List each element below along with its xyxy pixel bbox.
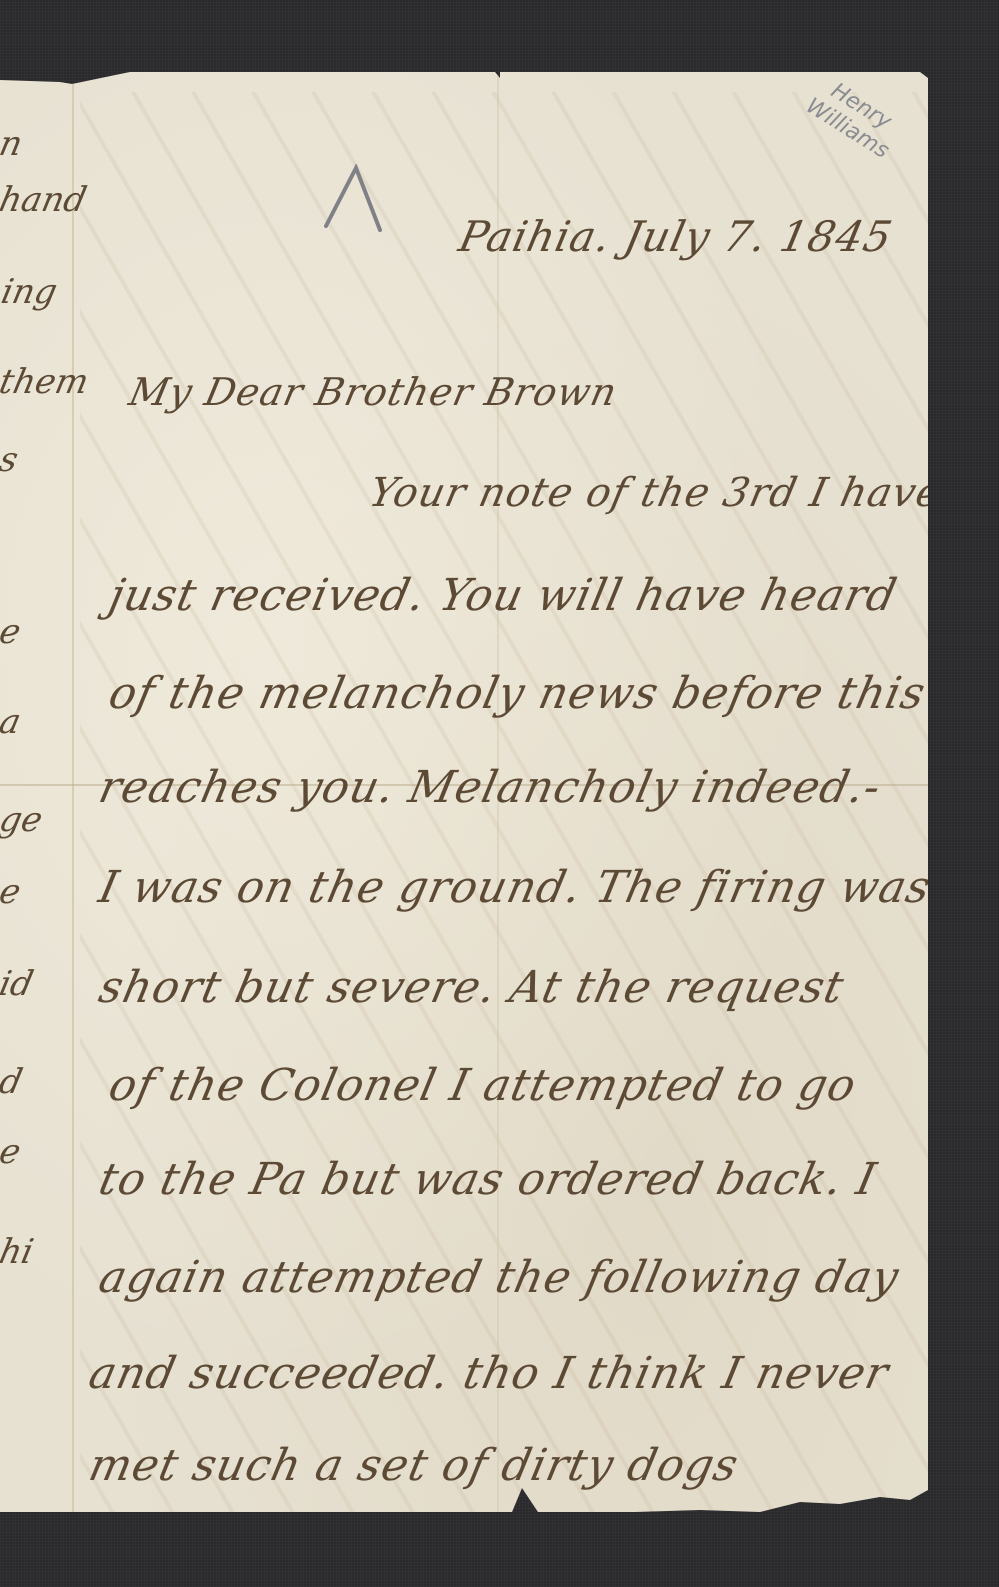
place-date-heading: Paihia. July 7. 1845 — [455, 212, 897, 261]
strip-fragment: id — [0, 964, 37, 1004]
body-line: and succeeded. tho I think I never — [85, 1348, 894, 1399]
body-line: reaches you. Melancholy indeed.- — [95, 762, 886, 813]
body-line: just received. You will have heard — [105, 570, 902, 621]
body-line: of the Colonel I attempted to go — [105, 1060, 861, 1111]
strip-fragment: hi — [0, 1232, 37, 1272]
strip-fragment: e — [0, 612, 24, 652]
body-line: short but severe. At the request — [95, 962, 849, 1013]
strip-fragment: d — [0, 1062, 26, 1102]
body-line: again attempted the following day — [95, 1252, 904, 1303]
strip-fragment: them — [0, 362, 92, 402]
strip-fragment: e — [0, 872, 24, 912]
letter-page: n hand ing them s e a ge e id d e hi Hen… — [0, 72, 928, 1512]
vertical-fold — [72, 72, 74, 1512]
pencil-caret-mark — [322, 164, 382, 232]
strip-fragment: hand — [0, 180, 90, 220]
body-line: Your note of the 3rd I have — [365, 470, 928, 516]
body-line: met such a set of dirty dogs — [85, 1440, 744, 1491]
strip-fragment: ge — [0, 800, 46, 840]
strip-fragment: e — [0, 1132, 24, 1172]
strip-fragment: s — [0, 440, 22, 480]
body-line: of the melancholy news before this — [105, 668, 928, 719]
strip-fragment: ing — [0, 272, 61, 312]
body-line: to the Pa but was ordered back. I — [95, 1154, 882, 1205]
strip-fragment: a — [0, 702, 25, 742]
strip-fragment: n — [0, 124, 26, 164]
salutation: My Dear Brother Brown — [125, 370, 621, 414]
body-line: I was on the ground. The firing was — [95, 862, 928, 913]
